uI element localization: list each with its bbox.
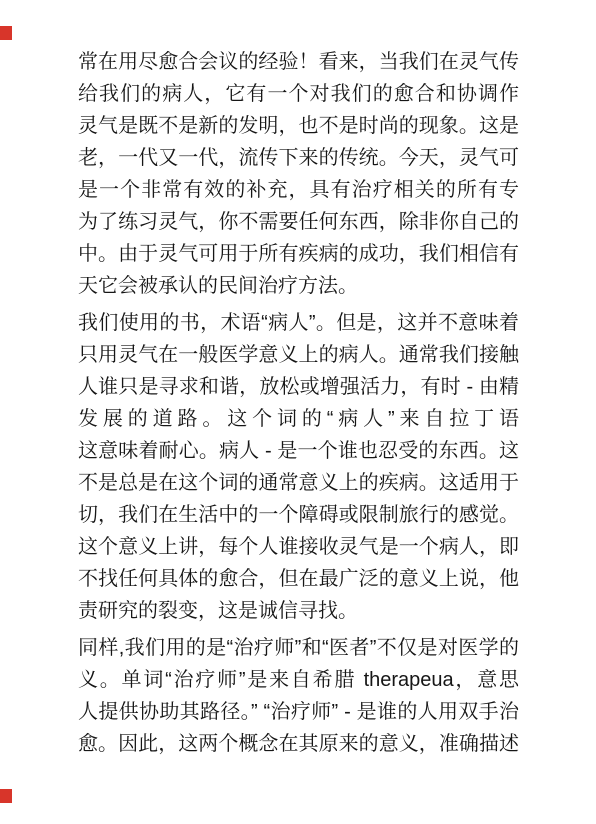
paragraph: 同样,我们用的是“治疗师”和“医者”不仅是对医学的意义。单词“治疗师”是来自希腊… [78,632,519,760]
text-line: 同样,我们用的是“治疗师”和“医者”不仅是对医学的意 [78,632,519,664]
text-line: 老，一代又一代，流传下来的传统。今天，灵气可以 [78,142,519,174]
text-line: 我们使用的书，术语“病人”。但是，这并不意味着我们 [78,307,519,339]
text-line: 义。单词“治疗师”是来自希腊 therapeua，意思是“某 [78,664,519,696]
text-line: 中。由于灵气可用于所有疾病的成功，我们相信有一 [78,238,519,270]
text-line: 人提供协助其路径。” “治疗师” - 是谁的人用双手治 [78,696,519,728]
paragraph: 我们使用的书，术语“病人”。但是，这并不意味着我们只用灵气在一般医学意义上的病人… [78,307,519,627]
text-line: 为了练习灵气，你不需要任何东西，除非你自己的手 [78,206,519,238]
text-line: 这意味着耐心。病人 - 是一个谁也忍受的东西。这是 [78,435,519,467]
red-edge-marker-top [0,26,12,40]
document-text: 常在用尽愈合会议的经验！看来，当我们在灵气传递给我们的病人，它有一个对我们的愈合… [78,46,519,765]
text-line: 天它会被承认的民间治疗方法。 [78,270,519,302]
text-line: 常在用尽愈合会议的经验！看来，当我们在灵气传递 [78,46,519,78]
text-line: 灵气是既不是新的发明，也不是时尚的现象。这是很 [78,110,519,142]
text-line: 给我们的病人，它有一个对我们的愈合和协调作用。 [78,78,519,110]
text-line: 人谁只是寻求和谐，放松或增强活力，有时 - 由精神 [78,371,519,403]
text-line: 愈。因此，这两个概念在其原来的意义，准确描述什 [78,728,519,760]
paragraph: 常在用尽愈合会议的经验！看来，当我们在灵气传递给我们的病人，它有一个对我们的愈合… [78,46,519,302]
text-line: 这个意义上讲，每个人谁接收灵气是一个病人，即使 [78,531,519,563]
red-edge-marker-bottom [0,789,12,803]
text-line: 不找任何具体的愈合，但在最广泛的意义上说，他负 [78,563,519,595]
document-page: 常在用尽愈合会议的经验！看来，当我们在灵气传递给我们的病人，它有一个对我们的愈合… [0,0,596,824]
text-line: 责研究的裂变，这是诚信寻找。 [78,595,519,627]
text-line: 不是总是在这个词的通常意义上的疾病。这适用于一 [78,467,519,499]
text-line: 切，我们在生活中的一个障碍或限制旅行的感觉。从 [78,499,519,531]
text-line: 是一个非常有效的补充，具有治疗相关的所有专业。 [78,174,519,206]
text-line: 发展的道路。这个词的“病人”来自拉丁语 patientia， [78,403,519,435]
text-line: 只用灵气在一般医学意义上的病人。通常我们接触的 [78,339,519,371]
